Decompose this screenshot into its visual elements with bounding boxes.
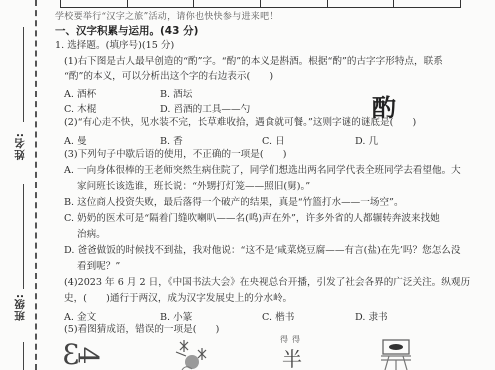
de-picture: 得得 半 — [272, 334, 312, 370]
q3-option-d-line2: 看到呢？” — [77, 261, 120, 273]
score-cell — [328, 0, 395, 7]
q4-option-a: A. 金文 — [64, 309, 96, 323]
intro-text: 学校要举行“汉字之旅”活动，请你也快快参与进来吧！ — [55, 11, 279, 23]
q3-option-d-line1: D. 爸爸做饭的时候找不到盐，我对他说：“这不是‘咸菜烧豆腐——有言(盐)在先’… — [64, 245, 461, 257]
q1-stem-line2: “酌”的本义，可以分析出这个字的右边表示( ) — [64, 71, 273, 83]
class-label: 班级: — [12, 293, 26, 321]
q4-option-b: B. 小篆 — [160, 309, 192, 323]
q3-option-c-line1: C. 奶奶的医术可是“隔着门缝吹喇叭——名(鸣)声在外”，许多外省的人都辗转奔波… — [64, 213, 440, 225]
q4-stem-line2: 史，( )通行于两汉，成为汉字发展史上的分水岭。 — [64, 293, 292, 305]
class-write-line-bottom — [23, 342, 24, 370]
score-cell — [261, 0, 328, 7]
q2-option-a: A. 曼 — [64, 133, 87, 147]
score-cell — [128, 0, 195, 7]
score-table — [60, 0, 461, 8]
three-four-picture: 34 — [64, 338, 96, 370]
q3-option-c-line2: 治病。 — [77, 229, 106, 241]
q5-stem: (5)看图猜成语，错误的一项是( ) — [64, 324, 219, 336]
score-cell — [194, 0, 261, 7]
q4-stem-line1: (4)2023 年 6 月 2 日，《中国书法大会》在央视总台开播，引发了社会各… — [64, 277, 470, 289]
q1-option-d: D. 舀酒的工具——勺 — [160, 101, 250, 115]
q1-option-a: A. 酒杯 — [64, 86, 96, 100]
q4-option-c: C. 楷书 — [262, 309, 294, 323]
fold-dashed-line — [35, 0, 37, 370]
ban-character: 半 — [272, 343, 312, 370]
q4-option-d: D. 隶书 — [355, 309, 388, 323]
score-cell — [394, 0, 460, 7]
section-title: 一、汉字积累与运用。(43 分) — [55, 25, 198, 37]
rotated-four: 4 — [71, 347, 104, 363]
q1-stem-line1: (1)右下图是古人最早创造的“酌”字。“酌”的本义是斟酒。根据“酌”的古字字形特… — [64, 56, 443, 68]
snow-picture — [172, 338, 212, 370]
q3-option-b: B. 这位商人投资失败，最后落得一个破产的结果，真是“竹篮打水——一场空”。 — [64, 197, 404, 209]
score-cell — [61, 0, 128, 7]
q3-option-a-line1: A. 一向身体很棒的王老师突然生病住院了，同学们想选出两名同学代表全班同学去看望… — [64, 165, 461, 177]
q3-option-a-line2: 家问班长该选谁，班长说：“外甥打灯笼——照旧(舅)。” — [77, 181, 310, 193]
snowflake-snowman-icon — [172, 338, 212, 370]
q2-option-d: D. 几 — [355, 133, 378, 147]
q1-option-c: C. 木棍 — [64, 101, 96, 115]
q1-option-b: B. 酒坛 — [160, 86, 192, 100]
q2-option-b: B. 香 — [160, 133, 183, 147]
question-title: 1. 选择题。(填序号)(15 分) — [55, 40, 174, 52]
frog-in-well-icon — [379, 338, 415, 370]
well-picture — [379, 338, 415, 370]
class-write-line-top — [23, 184, 24, 289]
q2-option-c: C. 日 — [262, 133, 285, 147]
name-label: 姓名: — [12, 132, 26, 160]
name-write-line — [23, 27, 24, 122]
q2-stem: (2)“有心走不快，见水装不完，长草难收拾，遇食就可餐。”这则字谜的谜底是( ) — [64, 117, 416, 129]
q3-stem: (3)下列句子中歇后语的使用，不正确的一项是( ) — [64, 149, 287, 161]
